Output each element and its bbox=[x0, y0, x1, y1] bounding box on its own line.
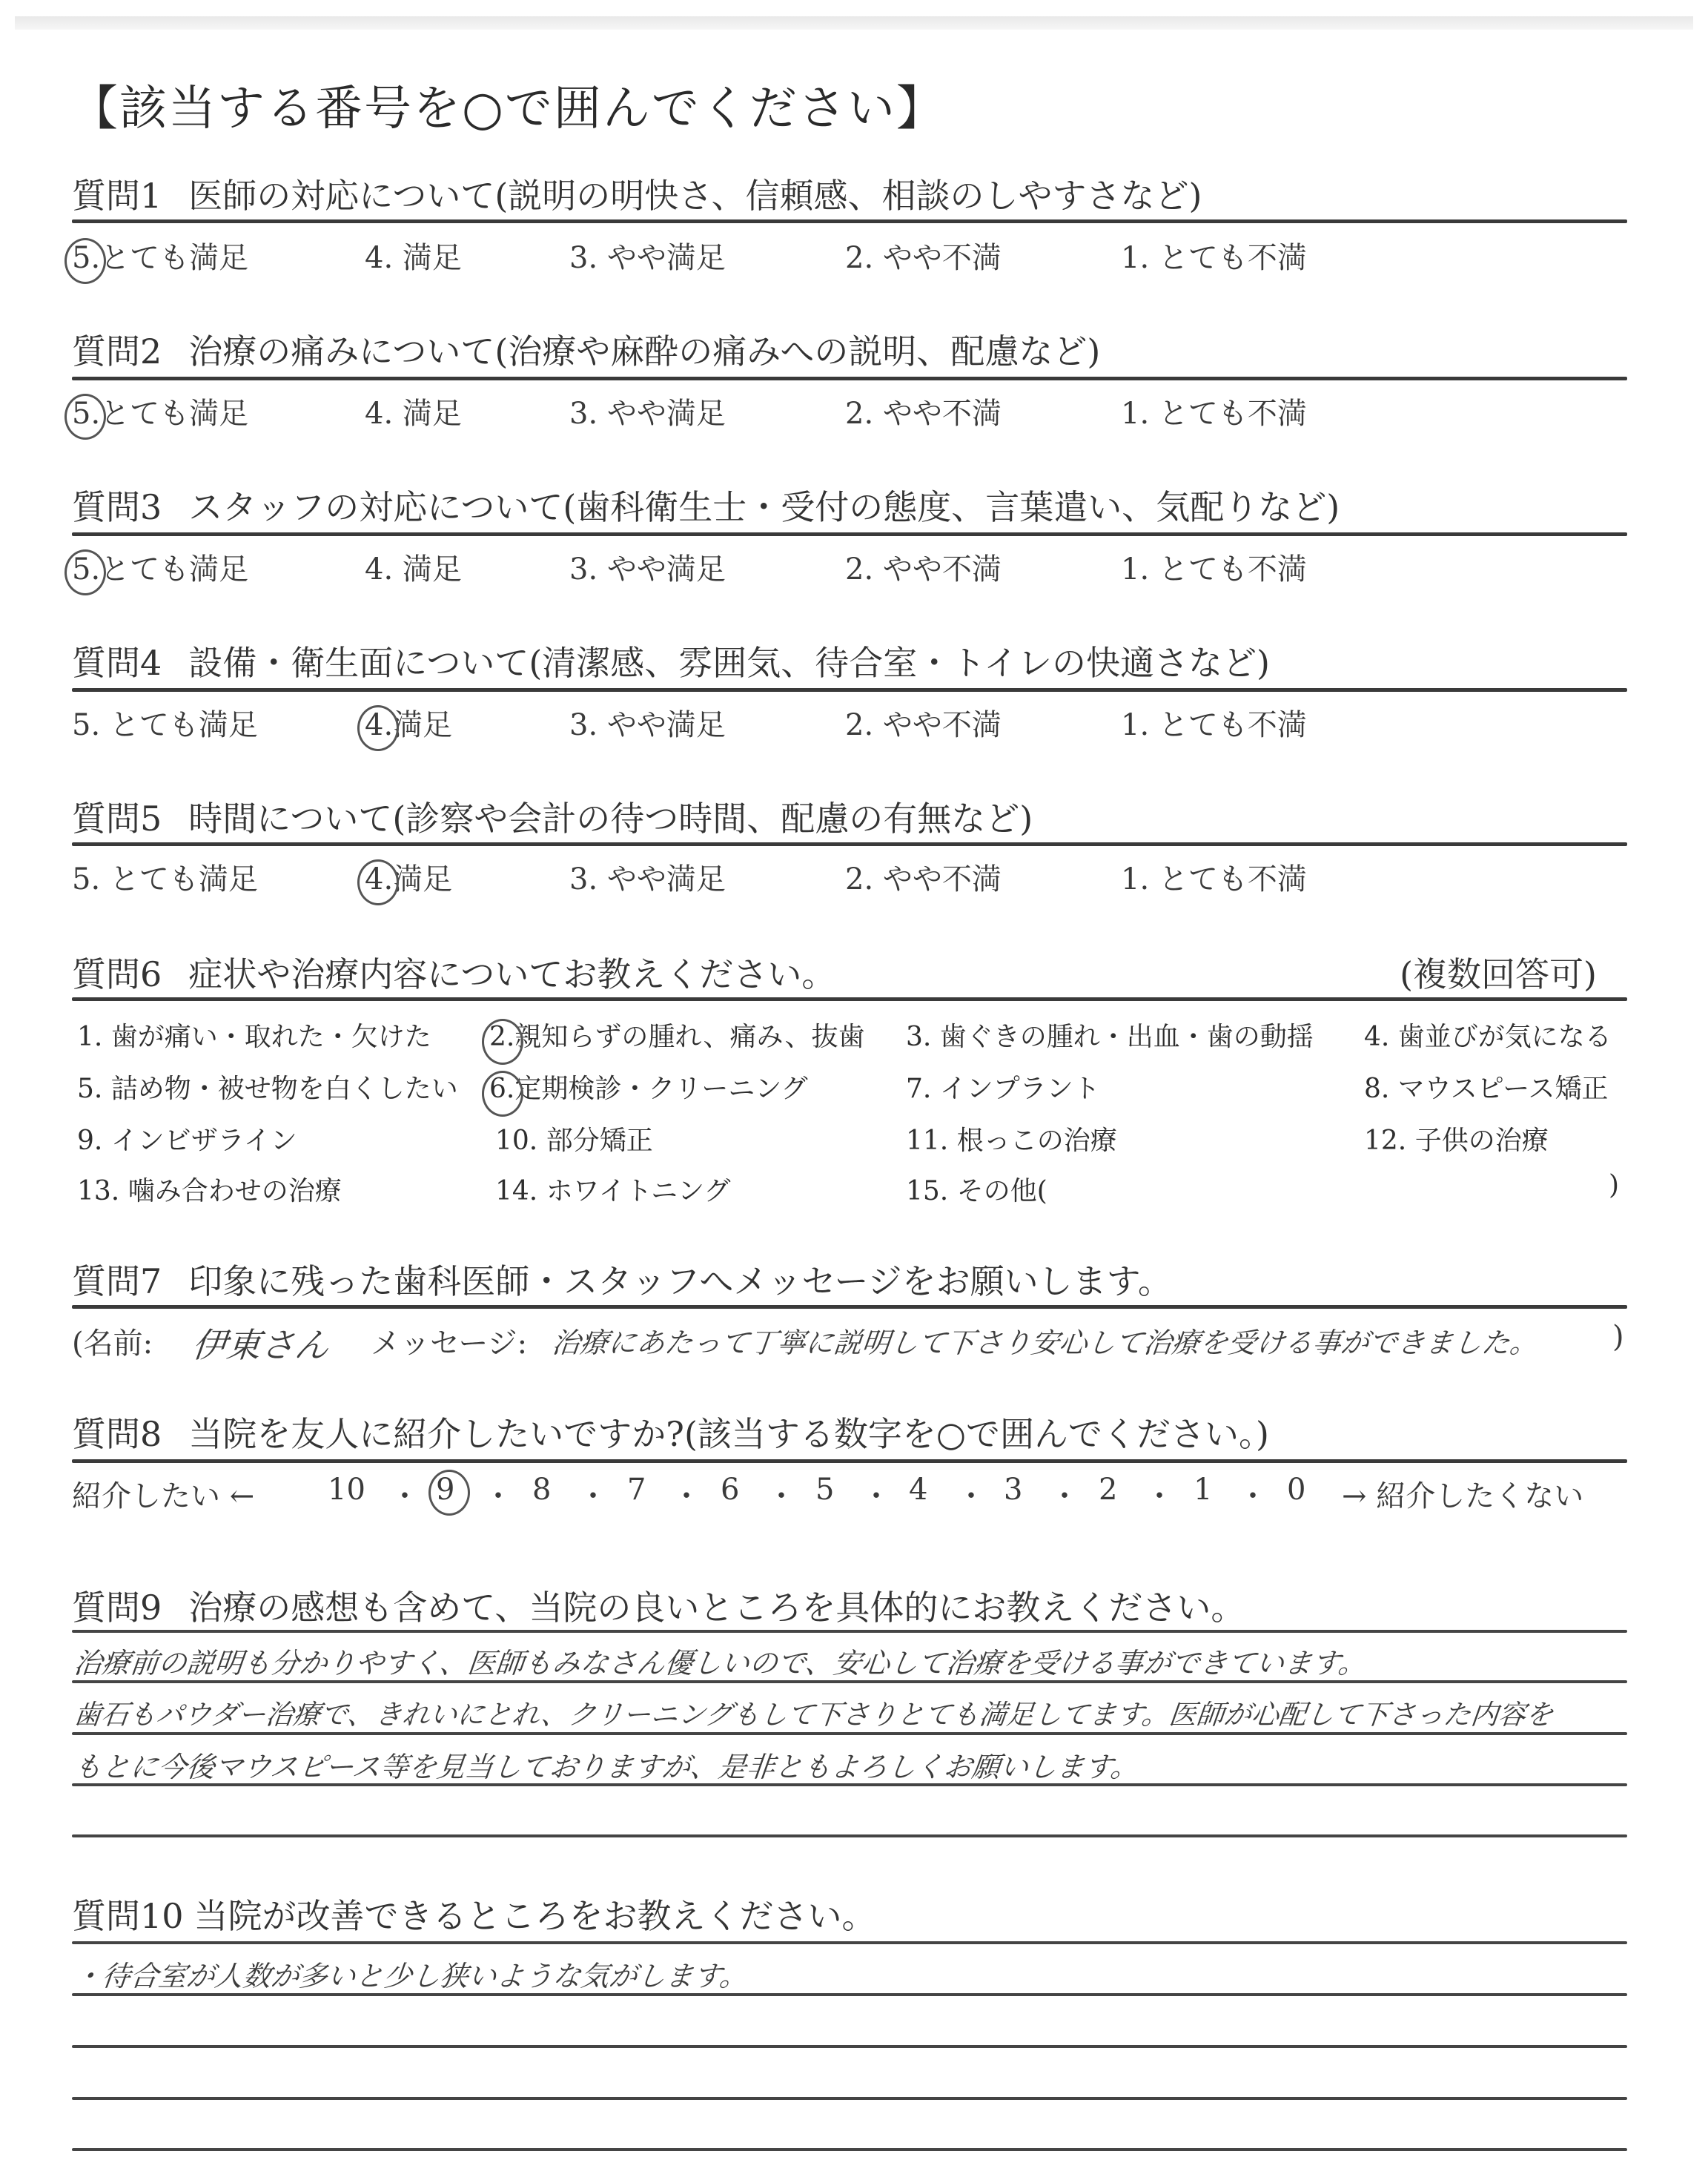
answer-line bbox=[72, 2148, 1627, 2151]
scan-top-edge bbox=[15, 16, 1693, 30]
q6-option-5[interactable]: 5. 詰め物・被せ物を白くしたい bbox=[77, 1068, 458, 1106]
question-8: 質問8当院を友人に紹介したいですか?(該当する数字を○で囲んでください。) bbox=[72, 1407, 1269, 1456]
q6-option-15-other[interactable]: 15. その他( bbox=[906, 1170, 1047, 1208]
question-5: 質問5時間について(診察や会計の待つ時間、配慮の有無など) bbox=[72, 792, 1033, 841]
divider bbox=[72, 1941, 1627, 1944]
q6-option-9[interactable]: 9. インビザライン bbox=[77, 1120, 297, 1157]
scale-9[interactable]: 9 bbox=[436, 1473, 454, 1507]
q7-name-label: (名前: bbox=[72, 1320, 153, 1362]
scale-separator: ・ bbox=[767, 1473, 796, 1515]
selected-circle-mark: 6. bbox=[489, 1074, 514, 1104]
q5-option-5[interactable]: 5. とても満足 bbox=[72, 856, 258, 898]
question-2: 質問2治療の痛みについて(治療や麻酔の痛みへの説明、配慮など) bbox=[72, 325, 1100, 374]
recommend-left-label: 紹介したい ← bbox=[72, 1473, 254, 1515]
divider bbox=[72, 1305, 1627, 1309]
divider bbox=[72, 1630, 1627, 1633]
q6-option-2[interactable]: 2.親知らずの腫れ、痛み、抜歯 bbox=[489, 1016, 865, 1054]
selected-circle-mark: 9 bbox=[436, 1473, 454, 1507]
scale-6[interactable]: 6 bbox=[721, 1473, 739, 1507]
q2-option-4[interactable]: 4. 満足 bbox=[365, 390, 462, 432]
scale-1[interactable]: 1 bbox=[1194, 1473, 1212, 1507]
q6-other-close-paren: ) bbox=[1609, 1170, 1619, 1200]
q6-option-13[interactable]: 13. 噛み合わせの治療 bbox=[77, 1170, 342, 1208]
scale-separator: ・ bbox=[1050, 1473, 1079, 1515]
question-1-text: 医師の対応について(説明の明快さ、信頼感、相談のしやすさなど) bbox=[188, 176, 1202, 216]
q9-answer-line-1[interactable]: 治療前の説明も分かりやすく、医師もみなさん優しいので、安心して治療を受ける事がで… bbox=[72, 1640, 1368, 1681]
selected-circle-mark: 4. bbox=[365, 862, 393, 896]
q1-option-4[interactable]: 4. 満足 bbox=[365, 234, 462, 277]
q7-message-field[interactable]: 治療にあたって丁寧に説明して下さり安心して治療を受ける事ができました。 bbox=[550, 1320, 1540, 1361]
q3-option-1[interactable]: 1. とても不満 bbox=[1121, 546, 1307, 588]
q5-option-1[interactable]: 1. とても不満 bbox=[1121, 856, 1307, 898]
q1-option-5[interactable]: 5.とても満足 bbox=[72, 234, 248, 277]
q7-close-paren: ) bbox=[1612, 1320, 1624, 1354]
q6-option-14[interactable]: 14. ホワイトニング bbox=[495, 1170, 730, 1208]
q6-option-12[interactable]: 12. 子供の治療 bbox=[1364, 1120, 1549, 1157]
scale-2[interactable]: 2 bbox=[1099, 1473, 1117, 1507]
scale-3[interactable]: 3 bbox=[1004, 1473, 1022, 1507]
q1-option-2[interactable]: 2. やや不満 bbox=[845, 234, 1002, 277]
q4-option-1[interactable]: 1. とても不満 bbox=[1121, 701, 1307, 744]
form-title: 【該当する番号を○で囲んでください】 bbox=[70, 70, 945, 139]
divider bbox=[72, 377, 1627, 380]
q2-option-1[interactable]: 1. とても不満 bbox=[1121, 390, 1307, 432]
scale-separator: ・ bbox=[578, 1473, 608, 1515]
q9-answer-line-2[interactable]: 歯石もパウダー治療で、きれいにとれ、クリーニングもして下さりとても満足してます。… bbox=[72, 1692, 1555, 1732]
q2-option-2[interactable]: 2. やや不満 bbox=[845, 390, 1002, 432]
divider bbox=[72, 688, 1627, 692]
divider bbox=[72, 532, 1627, 536]
question-1-label: 質問1 bbox=[72, 176, 162, 216]
q6-option-4[interactable]: 4. 歯並びが気になる bbox=[1364, 1016, 1612, 1054]
divider bbox=[72, 997, 1627, 1001]
q1-option-3[interactable]: 3. やや満足 bbox=[569, 234, 726, 277]
selected-circle-mark: 2. bbox=[489, 1022, 514, 1052]
selected-circle-mark: 5. bbox=[72, 241, 100, 275]
question-3: 質問3スタッフの対応について(歯科衛生士・受付の態度、言葉遣い、気配りなど) bbox=[72, 480, 1340, 529]
q4-option-3[interactable]: 3. やや満足 bbox=[569, 701, 726, 744]
q2-option-5[interactable]: 5.とても満足 bbox=[72, 390, 248, 432]
question-10: 質問10当院が改善できるところをお教えください。 bbox=[72, 1889, 876, 1938]
scale-separator: ・ bbox=[390, 1473, 420, 1515]
question-9: 質問9治療の感想も含めて、当院の良いところを具体的にお教えください。 bbox=[72, 1581, 1245, 1630]
answer-line bbox=[72, 1732, 1627, 1735]
q7-name-field[interactable]: 伊東さん bbox=[191, 1318, 332, 1367]
q6-option-1[interactable]: 1. 歯が痛い・取れた・欠けた bbox=[77, 1016, 431, 1054]
q6-option-3[interactable]: 3. 歯ぐきの腫れ・出血・歯の動揺 bbox=[906, 1016, 1314, 1054]
scale-4[interactable]: 4 bbox=[909, 1473, 927, 1507]
answer-line bbox=[72, 1680, 1627, 1683]
recommend-right-label: → 紹介したくない bbox=[1342, 1473, 1583, 1515]
q5-option-3[interactable]: 3. やや満足 bbox=[569, 856, 726, 898]
answer-line bbox=[72, 1993, 1627, 1996]
q3-option-5[interactable]: 5.とても満足 bbox=[72, 546, 248, 588]
answer-line bbox=[72, 1783, 1627, 1786]
divider bbox=[72, 1459, 1627, 1463]
q6-option-7[interactable]: 7. インプラント bbox=[906, 1068, 1100, 1106]
q1-option-1[interactable]: 1. とても不満 bbox=[1121, 234, 1307, 277]
scale-separator: ・ bbox=[1145, 1473, 1174, 1515]
scale-0[interactable]: 0 bbox=[1287, 1473, 1305, 1507]
q4-option-4[interactable]: 4.満足 bbox=[365, 701, 452, 744]
scale-7[interactable]: 7 bbox=[627, 1473, 646, 1507]
q6-option-10[interactable]: 10. 部分矯正 bbox=[495, 1120, 653, 1157]
q3-option-2[interactable]: 2. やや不満 bbox=[845, 546, 1002, 588]
selected-circle-mark: 5. bbox=[72, 552, 100, 587]
multiple-answers-note: (複数回答可) bbox=[1400, 948, 1597, 997]
q6-option-11[interactable]: 11. 根っこの治療 bbox=[906, 1120, 1117, 1157]
divider bbox=[72, 219, 1627, 223]
scale-separator: ・ bbox=[861, 1473, 891, 1515]
scale-separator: ・ bbox=[1238, 1473, 1268, 1515]
question-1: 質問1医師の対応について(説明の明快さ、信頼感、相談のしやすさなど) bbox=[72, 169, 1202, 218]
selected-circle-mark: 4. bbox=[365, 708, 393, 742]
q6-option-8[interactable]: 8. マウスピース矯正 bbox=[1364, 1068, 1608, 1106]
divider bbox=[72, 842, 1627, 846]
q2-option-3[interactable]: 3. やや満足 bbox=[569, 390, 726, 432]
scale-separator: ・ bbox=[956, 1473, 986, 1515]
q10-answer-line-1[interactable]: ・待合室が人数が多いと少し狭いような気がします。 bbox=[72, 1953, 750, 1994]
question-7: 質問7印象に残った歯科医師・スタッフへメッセージをお願いします。 bbox=[72, 1255, 1172, 1304]
scale-10[interactable]: 10 bbox=[328, 1473, 365, 1507]
selected-circle-mark: 5. bbox=[72, 397, 100, 431]
q3-option-3[interactable]: 3. やや満足 bbox=[569, 546, 726, 588]
scale-5[interactable]: 5 bbox=[815, 1473, 834, 1507]
answer-line bbox=[72, 2097, 1627, 2100]
q5-option-2[interactable]: 2. やや不満 bbox=[845, 856, 1002, 898]
q7-message-label: メッセージ: bbox=[371, 1320, 527, 1362]
question-6: 質問6症状や治療内容についてお教えください。 bbox=[72, 948, 835, 997]
q5-option-4[interactable]: 4.満足 bbox=[365, 856, 452, 898]
q6-option-6[interactable]: 6.定期検診・クリーニング bbox=[489, 1068, 808, 1106]
answer-line bbox=[72, 1834, 1627, 1837]
q9-answer-line-3[interactable]: もとに今後マウスピース等を見当しておりますが、是非ともよろしくお願いします。 bbox=[72, 1744, 1141, 1785]
scale-separator: ・ bbox=[483, 1473, 513, 1515]
scale-separator: ・ bbox=[672, 1473, 701, 1515]
q4-option-2[interactable]: 2. やや不満 bbox=[845, 701, 1002, 744]
q3-option-4[interactable]: 4. 満足 bbox=[365, 546, 462, 588]
scale-8[interactable]: 8 bbox=[532, 1473, 551, 1507]
question-4: 質問4設備・衛生面について(清潔感、雰囲気、待合室・トイレの快適さなど) bbox=[72, 636, 1270, 685]
answer-line bbox=[72, 2045, 1627, 2048]
q4-option-5[interactable]: 5. とても満足 bbox=[72, 701, 258, 744]
